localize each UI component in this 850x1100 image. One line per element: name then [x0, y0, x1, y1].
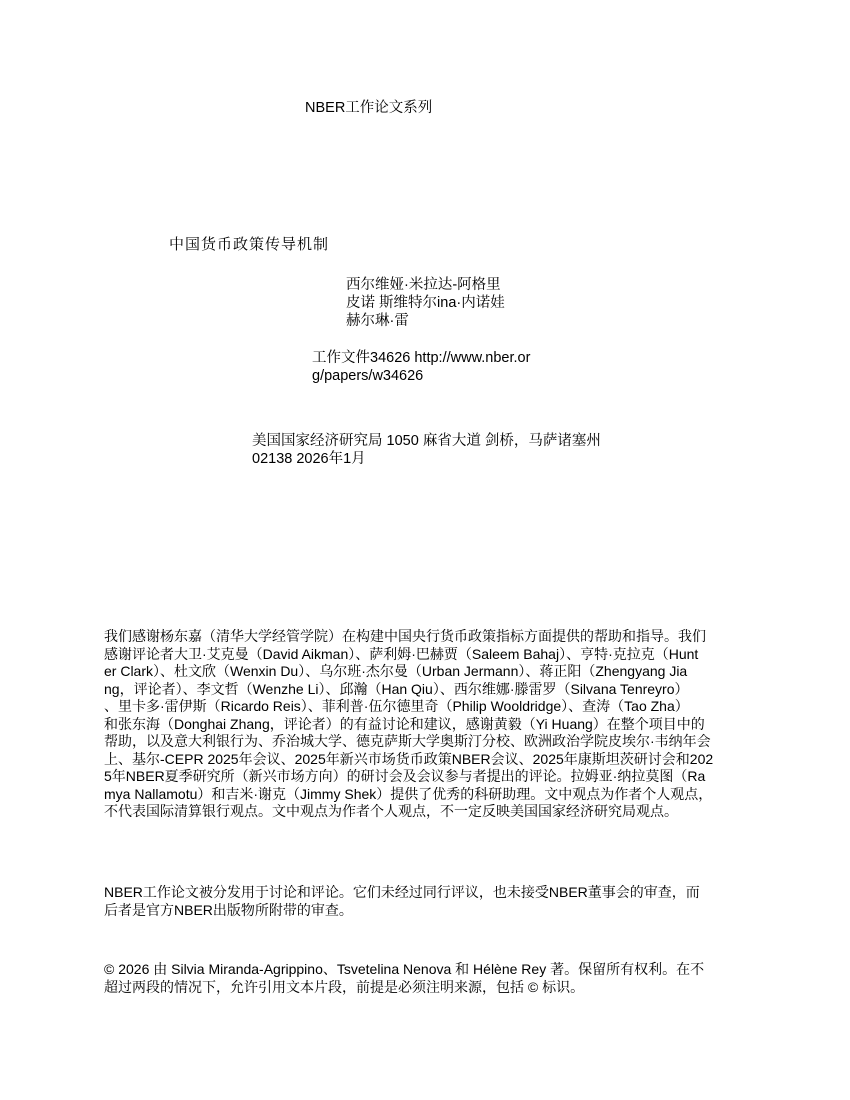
- copyright-line: © 2026 由 Silvia Miranda-Agrippino、Tsvete…: [104, 961, 764, 979]
- working-paper-line: 工作文件34626 http://www.nber.or: [312, 349, 530, 367]
- paper-page: NBER工作论文系列 中国货币政策传导机制 西尔维娅·米拉达-阿格里 皮诺 斯维…: [0, 0, 850, 1100]
- disclaimer-line: 后者是官方NBER出版物所附带的审查。: [104, 902, 764, 920]
- publisher-line: 02138 2026年1月: [252, 450, 601, 468]
- acknowledgements-line: mya Nallamotu）和吉米·谢克（Jimmy Shek）提供了优秀的科研…: [104, 786, 764, 804]
- nber-disclaimer: NBER工作论文被分发用于讨论和评论。它们未经过同行评议，也未接受NBER董事会…: [104, 884, 764, 919]
- author-name: 西尔维娅·米拉达-阿格里: [346, 276, 505, 294]
- publisher-line: 美国国家经济研究局 1050 麻省大道 剑桥，马萨诸塞州: [252, 432, 601, 450]
- acknowledgements-line: er Clark）、杜文欣（Wenxin Du）、乌尔班·杰尔曼（Urban J…: [104, 663, 764, 681]
- disclaimer-line: NBER工作论文被分发用于讨论和评论。它们未经过同行评议，也未接受NBER董事会…: [104, 884, 764, 902]
- publisher-address: 美国国家经济研究局 1050 麻省大道 剑桥，马萨诸塞州 02138 2026年…: [252, 432, 601, 468]
- acknowledgements-line: 帮助，以及意大利银行为、乔治城大学、德克萨斯大学奥斯汀分校、欧洲政治学院皮埃尔·…: [104, 733, 764, 751]
- author-name: 赫尔琳·雷: [346, 312, 505, 330]
- authors-block: 西尔维娅·米拉达-阿格里 皮诺 斯维特尔ina·内诺娃 赫尔琳·雷: [346, 276, 505, 330]
- acknowledgements-line: 不代表国际清算银行观点。文中观点为作者个人观点，不一定反映美国国家经济研究局观点…: [104, 803, 764, 821]
- acknowledgements-line: 和张东海（Donghai Zhang，评论者）的有益讨论和建议，感谢黄毅（Yi …: [104, 716, 764, 734]
- paper-title: 中国货币政策传导机制: [169, 236, 329, 254]
- acknowledgements-line: 我们感谢杨东嘉（清华大学经管学院）在构建中国央行货币政策指标方面提供的帮助和指导…: [104, 628, 764, 646]
- acknowledgements-line: 5年NBER夏季研究所（新兴市场方向）的研讨会及会议参与者提出的评论。拉姆亚·纳…: [104, 768, 764, 786]
- series-title: NBER工作论文系列: [305, 99, 432, 117]
- acknowledgements-line: 、里卡多·雷伊斯（Ricardo Reis）、菲利普·伍尔德里奇（Philip …: [104, 698, 764, 716]
- copyright-line: 超过两段的情况下，允许引用文本片段，前提是必须注明来源，包括 © 标识。: [104, 979, 764, 997]
- acknowledgements-line: 上、基尔-CEPR 2025年会议、2025年新兴市场货币政策NBER会议、20…: [104, 751, 764, 769]
- acknowledgements-line: ng，评论者）、李文哲（Wenzhe Li）、邱瀚（Han Qiu）、西尔维娜·…: [104, 681, 764, 699]
- copyright-notice: © 2026 由 Silvia Miranda-Agrippino、Tsvete…: [104, 961, 764, 996]
- acknowledgements-line: 感谢评论者大卫·艾克曼（David Aikman）、萨利姆·巴赫贾（Saleem…: [104, 646, 764, 664]
- author-name: 皮诺 斯维特尔ina·内诺娃: [346, 294, 505, 312]
- working-paper-line: g/papers/w34626: [312, 367, 530, 385]
- working-paper-ref: 工作文件34626 http://www.nber.or g/papers/w3…: [312, 349, 530, 385]
- acknowledgements: 我们感谢杨东嘉（清华大学经管学院）在构建中国央行货币政策指标方面提供的帮助和指导…: [104, 628, 764, 821]
